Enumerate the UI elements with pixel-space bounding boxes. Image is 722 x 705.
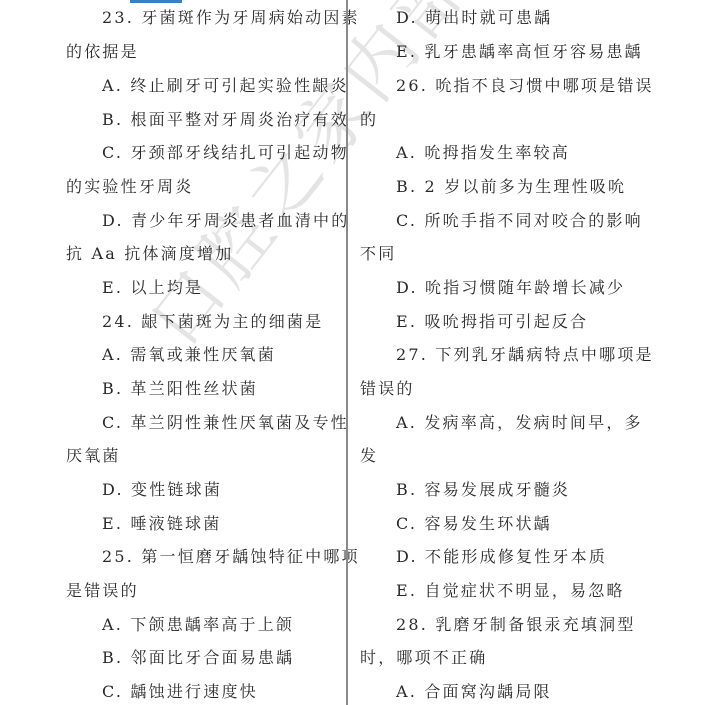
question-line: A. 合面窝沟龋局限 <box>360 682 552 702</box>
continuation-line: 厌氧菌 <box>66 446 121 466</box>
continuation-line: 时，哪项不正确 <box>360 648 487 668</box>
question-line: E. 唾液链球菌 <box>66 514 221 534</box>
continuation-line: 错误的 <box>360 379 415 399</box>
question-line: E. 自觉症状不明显，易忽略 <box>360 581 625 601</box>
continuation-line: 的实验性牙周炎 <box>66 177 193 197</box>
continuation-line: 抗 Aa 抗体滴度增加 <box>66 244 233 264</box>
question-line: A. 发病率高，发病时间早，多 <box>360 413 643 433</box>
question-line: C. 龋蚀进行速度快 <box>66 682 258 702</box>
continuation-line: 的 <box>360 110 378 130</box>
question-line: A. 下颌患龋率高于上颌 <box>66 615 294 635</box>
question-line: B. 革兰阳性丝状菌 <box>66 379 258 399</box>
question-line: 28. 乳磨牙制备银汞充填洞型 <box>360 615 636 635</box>
question-line: 25. 第一恒磨牙龋蚀特征中哪项 <box>66 547 360 567</box>
question-line: A. 吮拇指发生率较高 <box>360 143 570 163</box>
continuation-line: 发 <box>360 446 378 466</box>
question-line: B. 根面平整对牙周炎治疗有效 <box>66 110 349 130</box>
question-line: B. 2 岁以前多为生理性吸吮 <box>360 177 626 197</box>
question-line: D. 吮指习惯随年龄增长减少 <box>360 278 625 298</box>
question-line: C. 牙颈部牙线结扎可引起动物 <box>66 143 349 163</box>
question-line: 23. 牙菌斑作为牙周病始动因素 <box>66 8 360 28</box>
question-line: D. 不能形成修复性牙本质 <box>360 547 607 567</box>
question-line: D. 变性链球菌 <box>66 480 222 500</box>
question-line: B. 容易发展成牙髓炎 <box>360 480 570 500</box>
question-line: B. 邻面比牙合面易患龋 <box>66 648 294 668</box>
top-accent-bar <box>130 0 182 3</box>
question-line: A. 需氧或兼性厌氧菌 <box>66 345 276 365</box>
question-line: D. 萌出时就可患龋 <box>360 8 552 28</box>
question-line: 27. 下列乳牙龋病特点中哪项是 <box>360 345 654 365</box>
question-line: A. 终止刷牙可引起实验性龈炎 <box>66 76 349 96</box>
question-line: C. 所吮手指不同对咬合的影响 <box>360 211 643 231</box>
question-line: D. 青少年牙周炎患者血清中的 <box>66 211 349 231</box>
continuation-line: 的依据是 <box>66 42 139 62</box>
question-line: C. 革兰阴性兼性厌氧菌及专性 <box>66 413 349 433</box>
question-line: 24. 龈下菌斑为主的细菌是 <box>66 312 323 332</box>
question-line: C. 容易发生环状龋 <box>360 514 552 534</box>
continuation-line: 是错误的 <box>66 581 139 601</box>
question-line: 26. 吮指不良习惯中哪项是错误 <box>360 76 654 96</box>
question-line: E. 吸吮拇指可引起反合 <box>360 312 588 332</box>
column-divider <box>346 0 348 705</box>
continuation-line: 不同 <box>360 244 396 264</box>
question-line: E. 乳牙患龋率高恒牙容易患龋 <box>360 42 643 62</box>
question-line: E. 以上均是 <box>66 278 203 298</box>
